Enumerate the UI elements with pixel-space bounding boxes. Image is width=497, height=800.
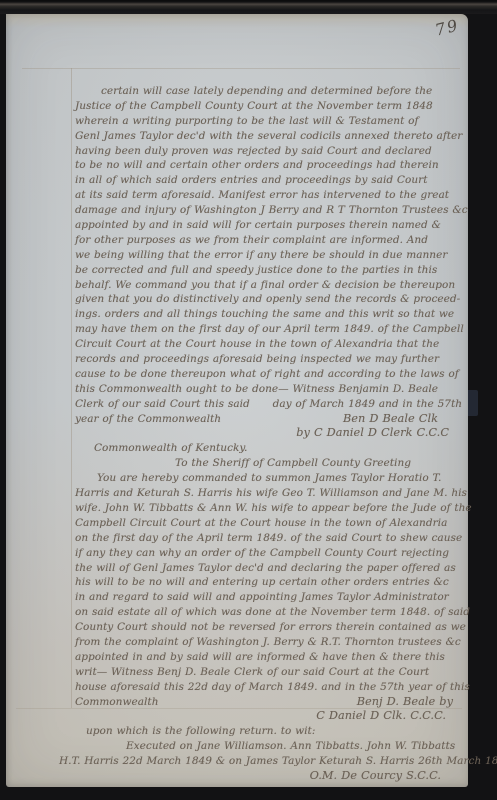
manuscript-line: Harris and Keturah S. Harris his wife Ge… — [75, 486, 471, 501]
manuscript-line: Campbell Circuit Court at the Court hous… — [75, 516, 471, 531]
manuscript-line: Justice of the Campbell County Court at … — [75, 99, 471, 114]
manuscript-line-text: to be no will and certain other orders a… — [75, 159, 439, 171]
manuscript-line-text: in and regard to said will and appointin… — [75, 591, 449, 603]
manuscript-line-text: given that you do distinctively and open… — [75, 293, 460, 305]
book-edge-strip — [0, 0, 497, 14]
manuscript-line: in all of which said orders entries and … — [75, 173, 471, 188]
manuscript-line: Commonwealth of Kentucky. — [75, 441, 471, 456]
manuscript-line: year of the CommonwealthBen D Beale Clk — [75, 412, 471, 427]
manuscript-line: To the Sheriff of Campbell County Greeti… — [75, 456, 471, 471]
manuscript-line-text: H.T. Harris 22d March 1849 & on James Ta… — [59, 755, 497, 767]
manuscript-line-text: County Court should not be reversed for … — [75, 621, 466, 633]
manuscript-line: the will of Genl James Taylor dec'd and … — [75, 561, 471, 576]
manuscript-line: wife. John W. Tibbatts & Ann W. his wife… — [75, 501, 471, 516]
manuscript-line-text: if any they can why an order of the Camp… — [75, 547, 449, 559]
manuscript-line-text: appointed by and in said will for certai… — [75, 219, 441, 231]
signature-text: Benj D. Beale by — [357, 695, 453, 710]
manuscript-line: from the complaint of Washington J. Berr… — [75, 635, 471, 650]
manuscript-line-text: cause to be done thereupon what of right… — [75, 368, 459, 380]
manuscript-line: we being willing that the error if any t… — [75, 248, 471, 263]
manuscript-line: having been duly proven was rejected by … — [75, 144, 471, 159]
manuscript-line: appointed in and by said will are inform… — [75, 650, 471, 665]
manuscript-line-text: having been duly proven was rejected by … — [75, 145, 432, 157]
manuscript-line-text: at its said term aforesaid. Manifest err… — [75, 189, 449, 201]
manuscript-line: cause to be done thereupon what of right… — [75, 367, 471, 382]
manuscript-line-text: certain will case lately depending and d… — [101, 85, 432, 97]
manuscript-line: house aforesaid this 22d day of March 18… — [75, 680, 471, 695]
manuscript-line-text: records and proceedings aforesaid being … — [75, 353, 439, 365]
manuscript-line-text: writ— Witness Benj D. Beale Clerk of our… — [75, 666, 429, 678]
manuscript-line: by C Daniel D Clerk C.C.C — [75, 426, 471, 441]
manuscript-line-text: O.M. De Courcy S.C.C. — [310, 769, 441, 782]
manuscript-line: C Daniel D Clk. C.C.C. — [75, 709, 471, 724]
manuscript-line-text: wife. John W. Tibbatts & Ann W. his wife… — [75, 502, 472, 514]
manuscript-line-text: Commonwealth — [75, 696, 159, 708]
manuscript-line-text: Commonwealth of Kentucky. — [94, 442, 247, 454]
manuscript-line-text: be corrected and full and speedy justice… — [75, 264, 437, 276]
manuscript-line: on said estate all of which was done at … — [75, 605, 471, 620]
manuscript-line: for other purposes as we from their comp… — [75, 233, 471, 248]
manuscript-line-text: Campbell Circuit Court at the Court hous… — [75, 517, 447, 529]
manuscript-line-text: behalf. We command you that if a final o… — [75, 279, 455, 291]
manuscript-line: wherein a writing purporting to be the l… — [75, 114, 471, 129]
manuscript-line: to be no will and certain other orders a… — [75, 158, 471, 173]
manuscript-line: appointed by and in said will for certai… — [75, 218, 471, 233]
manuscript-line: ings. orders and all things touching the… — [75, 307, 471, 322]
manuscript-line: at its said term aforesaid. Manifest err… — [75, 188, 471, 203]
manuscript-line: damage and injury of Washington J Berry … — [75, 203, 471, 218]
manuscript-line-text: Clerk of our said Court this said day of… — [75, 398, 462, 410]
manuscript-page: 79 certain will case lately depending an… — [6, 14, 468, 787]
manuscript-line-text: Circuit Court at the Court house in the … — [75, 338, 439, 350]
manuscript-line: certain will case lately depending and d… — [75, 84, 471, 99]
manuscript-line: behalf. We command you that if a final o… — [75, 278, 471, 293]
manuscript-line-text: wherein a writing purporting to be the l… — [75, 115, 418, 127]
manuscript-line-text: may have them on the first day of our Ap… — [75, 323, 464, 335]
manuscript-line: Clerk of our said Court this said day of… — [75, 397, 471, 412]
manuscript-line-text: for other purposes as we from their comp… — [75, 234, 428, 246]
margin-rule — [71, 68, 72, 708]
manuscript-line-text: C Daniel D Clk. C.C.C. — [316, 709, 446, 722]
manuscript-line-text: his will to be no will and entering up c… — [75, 576, 449, 588]
manuscript-line: You are hereby commanded to summon James… — [75, 471, 471, 486]
manuscript-line-text: damage and injury of Washington J Berry … — [75, 204, 468, 216]
manuscript-line: upon which is the following return. to w… — [75, 724, 471, 739]
ruled-line-top — [22, 68, 460, 69]
manuscript-line: records and proceedings aforesaid being … — [75, 352, 471, 367]
manuscript-line-text: Harris and Keturah S. Harris his wife Ge… — [75, 487, 467, 499]
manuscript-line: writ— Witness Benj D. Beale Clerk of our… — [75, 665, 471, 680]
manuscript-line: this Commonwealth ought to be done— Witn… — [75, 382, 471, 397]
manuscript-line: Executed on Jane Williamson. Ann Tibbatt… — [75, 739, 471, 754]
manuscript-line-text: by C Daniel D Clerk C.C.C — [296, 426, 449, 439]
manuscript-line-text: You are hereby commanded to summon James… — [97, 472, 441, 484]
manuscript-line-text: appointed in and by said will are inform… — [75, 651, 445, 663]
manuscript-line-text: upon which is the following return. to w… — [86, 725, 315, 737]
manuscript-line: H.T. Harris 22d March 1849 & on James Ta… — [59, 754, 471, 769]
manuscript-line-text: To the Sheriff of Campbell County Greeti… — [175, 457, 411, 469]
manuscript-line-text: year of the Commonwealth — [75, 413, 221, 425]
manuscript-line-text: Executed on Jane Williamson. Ann Tibbatt… — [126, 740, 455, 752]
manuscript-line: be corrected and full and speedy justice… — [75, 263, 471, 278]
manuscript-line-text: house aforesaid this 22d day of March 18… — [75, 681, 470, 693]
manuscript-line: County Court should not be reversed for … — [75, 620, 471, 635]
manuscript-line-text: ings. orders and all things touching the… — [75, 308, 454, 320]
manuscript-line: his will to be no will and entering up c… — [75, 575, 471, 590]
signature-text: Ben D Beale Clk — [343, 412, 438, 427]
manuscript-line: if any they can why an order of the Camp… — [75, 546, 471, 561]
manuscript-line: Circuit Court at the Court house in the … — [75, 337, 471, 352]
page-number: 79 — [433, 15, 461, 39]
manuscript-line: given that you do distinctively and open… — [75, 292, 471, 307]
manuscript-line-text: on said estate all of which was done at … — [75, 606, 470, 618]
manuscript-line: CommonwealthBenj D. Beale by — [75, 695, 471, 710]
manuscript-line-text: from the complaint of Washington J. Berr… — [75, 636, 461, 648]
manuscript-line: on the first day of the April term 1849.… — [75, 531, 471, 546]
manuscript-line: in and regard to said will and appointin… — [75, 590, 471, 605]
manuscript-line-text: Genl James Taylor dec'd with the several… — [75, 130, 462, 142]
manuscript-line-text: the will of Genl James Taylor dec'd and … — [75, 562, 456, 574]
manuscript-line: Genl James Taylor dec'd with the several… — [75, 129, 471, 144]
manuscript-line-text: in all of which said orders entries and … — [75, 174, 427, 186]
manuscript-line: O.M. De Courcy S.C.C. — [75, 769, 471, 784]
manuscript-line: may have them on the first day of our Ap… — [75, 322, 471, 337]
manuscript-line-text: Justice of the Campbell County Court at … — [75, 100, 433, 112]
manuscript-line-text: this Commonwealth ought to be done— Witn… — [75, 383, 438, 395]
manuscript-text: certain will case lately depending and d… — [75, 84, 471, 784]
manuscript-line-text: on the first day of the April term 1849.… — [75, 532, 462, 544]
document-scan: { "page": { "number": "79" }, "colors": … — [0, 0, 497, 800]
manuscript-line-text: we being willing that the error if any t… — [75, 249, 447, 261]
